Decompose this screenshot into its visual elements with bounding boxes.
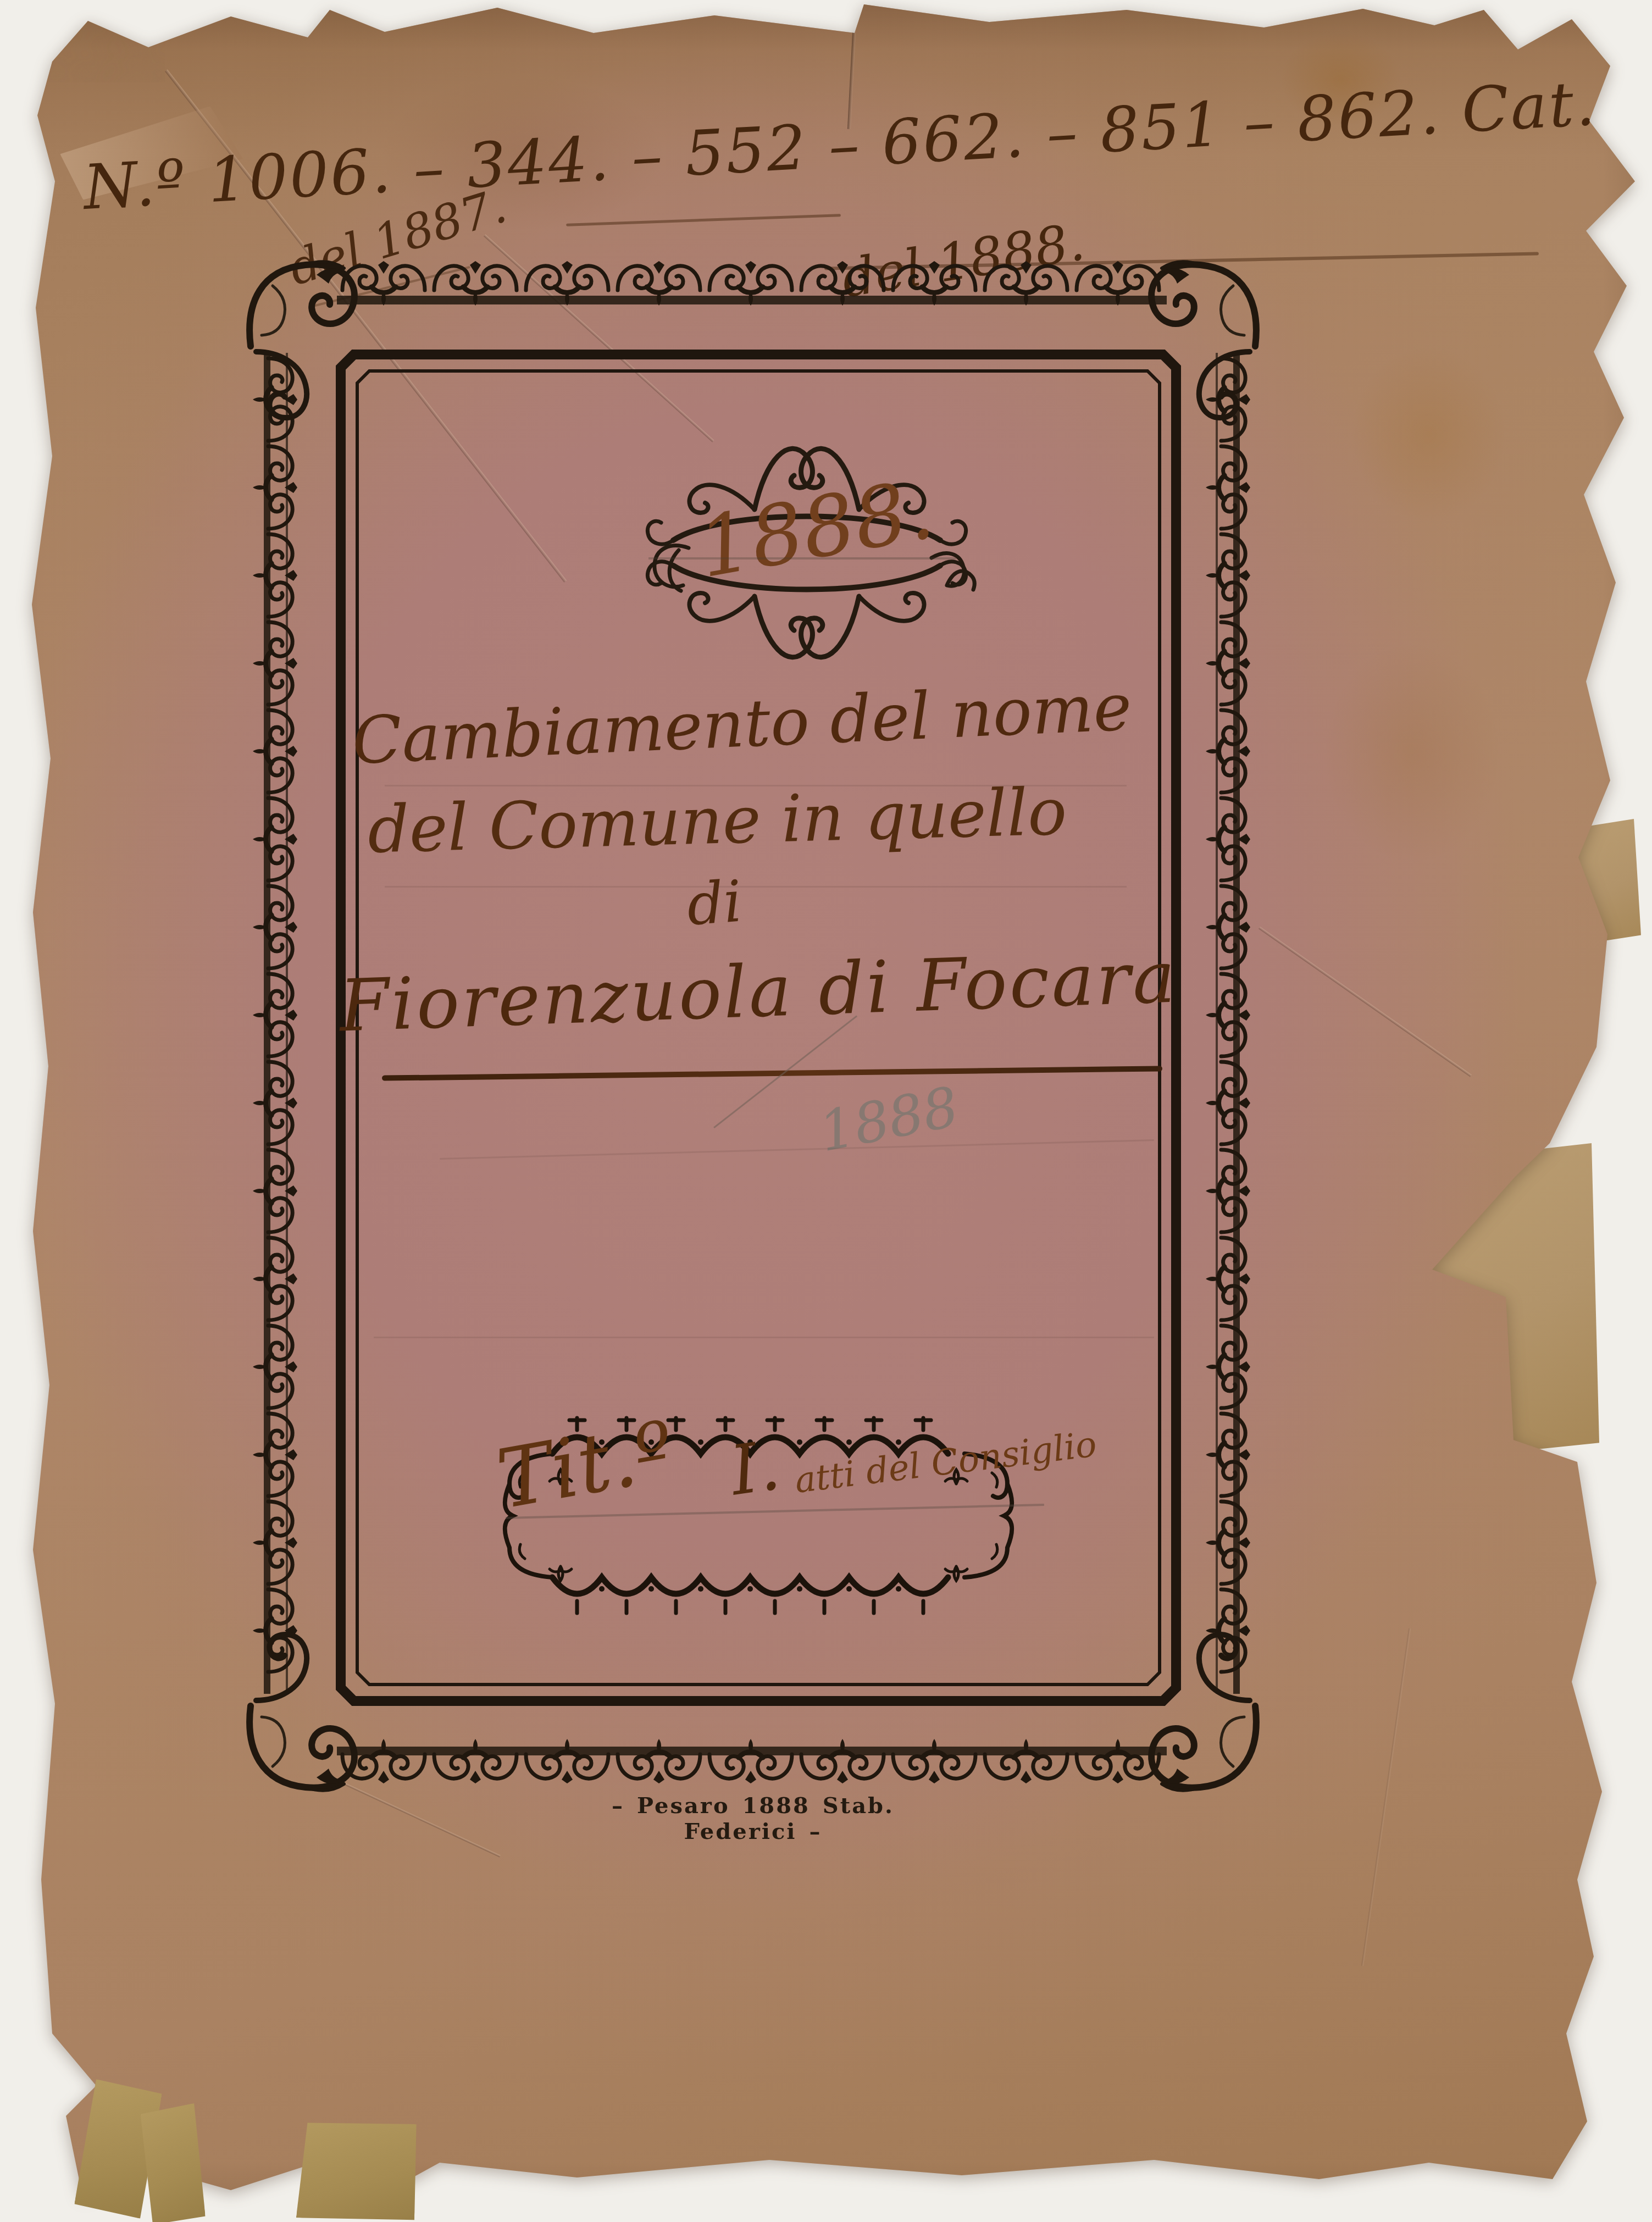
crease-line bbox=[335, 1778, 501, 1857]
handwritten-year-flourish: 1888. bbox=[691, 464, 924, 597]
border-scroll-motifs bbox=[253, 261, 1250, 1783]
torn-corner-flap bbox=[57, 103, 245, 202]
pencil-guide-line bbox=[385, 886, 1127, 888]
title-line-3: di bbox=[657, 866, 772, 940]
stain bbox=[1324, 643, 1500, 863]
ink-underline bbox=[566, 214, 841, 226]
pencil-guide-line bbox=[374, 1337, 1154, 1338]
kraft-backing-fragment bbox=[1407, 1143, 1599, 1462]
crease-line bbox=[484, 234, 714, 442]
ink-underline bbox=[824, 252, 1539, 270]
registry-annotation: N.º 1006. – 344. – 552 – 662. – 851 – 86… bbox=[82, 68, 1600, 224]
title-line-2: del Comune in quello bbox=[351, 773, 1083, 868]
paper-grain-texture bbox=[0, 0, 165, 82]
title-line-1: Cambiamento del nome bbox=[351, 669, 1134, 779]
pencil-guide-line bbox=[506, 1504, 1044, 1519]
ink-underline bbox=[310, 266, 470, 308]
year-note-1887: del 1887. bbox=[282, 179, 512, 297]
pencil-swash bbox=[713, 1015, 857, 1128]
pencil-guide-line bbox=[648, 557, 956, 559]
pencil-guide-line bbox=[440, 1139, 1154, 1160]
title-line-4: Fiorenzuola di Focara bbox=[329, 935, 1188, 1048]
pencil-guide-line bbox=[385, 785, 1127, 786]
ornamental-border-frame bbox=[235, 248, 1271, 1804]
crease-line bbox=[847, 0, 857, 129]
cartouche-handwritten-label: atti del Consiglio bbox=[792, 1432, 1032, 1501]
tape-fragment bbox=[140, 2103, 206, 2222]
kraft-backing-fragment bbox=[1570, 819, 1641, 945]
stain bbox=[379, 77, 665, 231]
crease-line bbox=[1361, 1628, 1411, 1966]
year-note-1888: del 1888. bbox=[838, 212, 1088, 309]
printer-imprint: – Pesaro 1888 Stab. Federici – bbox=[574, 1793, 932, 1844]
tape-fragment bbox=[296, 2116, 421, 2222]
crease-line bbox=[1259, 927, 1472, 1077]
pencil-year: 1888 bbox=[814, 1074, 963, 1164]
folder-cover-paper: N.º 1006. – 344. – 552 – 662. – 851 – 86… bbox=[0, 0, 1652, 2222]
border-corner-ornaments bbox=[250, 262, 1256, 1791]
ink-rule-under-title bbox=[382, 1066, 1162, 1080]
scanned-document: N.º 1006. – 344. – 552 – 662. – 851 – 86… bbox=[0, 0, 1652, 2222]
crease-line bbox=[165, 69, 567, 583]
stain bbox=[1352, 346, 1506, 522]
cartouche-handwritten-numeral: I. bbox=[725, 1426, 785, 1511]
cartouche-handwritten-prefix: Tit.º bbox=[491, 1403, 681, 1527]
calligraphic-flourish-ornament bbox=[624, 426, 992, 681]
paper-wrap: N.º 1006. – 344. – 552 – 662. – 851 – 86… bbox=[0, 0, 1652, 2222]
stain bbox=[1280, 33, 1401, 126]
border-rules bbox=[264, 296, 1240, 1755]
cartouche-ornament bbox=[470, 1401, 1047, 1630]
